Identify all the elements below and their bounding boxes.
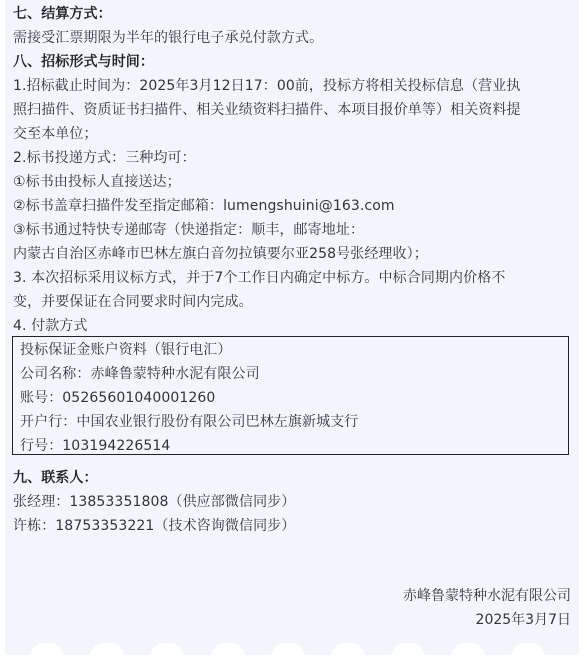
- scallop-edge: [30, 643, 64, 660]
- section9-heading: 九、联系人：: [13, 466, 573, 490]
- signature-date: 2025年3月7日: [403, 608, 571, 632]
- delivery-title: 2.标书投递方式：三种均可：: [13, 146, 573, 170]
- deadline-line-1: 1.招标截止时间为：2025年3月12日17：00前，投标方将相关投标信息（营业…: [13, 74, 573, 98]
- contact-item: 张经理：13853351808（供应部微信同步）: [13, 490, 573, 514]
- scallop-edge: [391, 643, 425, 660]
- scallop-edge: [150, 643, 184, 660]
- deadline-line-2: 照扫描件、资质证书扫描件、相关业绩资料扫描件、本项目报价单等）相关资料提: [13, 98, 573, 122]
- delivery-address: 内蒙古自治区赤峰市巴林左旗白音勿拉镇要尔亚258号张经理收）；: [13, 242, 573, 266]
- scallop-edge: [90, 643, 124, 660]
- delivery-option-1: ①标书由投标人直接送达；: [13, 170, 573, 194]
- bank-code: 行号：103194226514: [20, 434, 568, 458]
- document-body: 七、结算方式： 需接受汇票期限为半年的银行电子承兑付款方式。 八、招标形式与时间…: [13, 2, 573, 338]
- delivery-option-3: ③标书通过特快专递邮寄（快递指定：顺丰，邮寄地址：: [13, 218, 573, 242]
- bidding-method-line-1: 3. 本次招标采用议标方式，并于7个工作日内确定中标方。中标合同期内价格不: [13, 266, 573, 290]
- bank-account-number: 账号：05265601040001260: [20, 386, 568, 410]
- scallop-edge: [271, 643, 305, 660]
- section7-heading: 七、结算方式：: [13, 2, 573, 26]
- contacts-section: 九、联系人： 张经理：13853351808（供应部微信同步） 许栋：18753…: [13, 466, 573, 538]
- delivery-option-2: ②标书盖章扫描件发至指定邮箱：lumengshuini@163.com: [13, 194, 573, 218]
- contact-item: 许栋：18753353221（技术咨询微信同步）: [13, 514, 573, 538]
- scallop-edge: [511, 643, 545, 660]
- scallop-edge: [211, 643, 245, 660]
- section7-text: 需接受汇票期限为半年的银行电子承兑付款方式。: [13, 26, 573, 50]
- signature-company: 赤峰鲁蒙特种水泥有限公司: [403, 584, 571, 608]
- signature-block: 赤峰鲁蒙特种水泥有限公司 2025年3月7日: [403, 584, 571, 632]
- section8-heading: 八、招标形式与时间：: [13, 50, 573, 74]
- delivery-option-2-label: ②标书盖章扫描件发至指定邮箱：: [13, 198, 223, 214]
- bank-info-title: 投标保证金账户资料（银行电汇）: [20, 338, 568, 362]
- bank-info-box: 投标保证金账户资料（银行电汇） 公司名称：赤峰鲁蒙特种水泥有限公司 账号：052…: [12, 336, 569, 455]
- bank-company-name: 公司名称：赤峰鲁蒙特种水泥有限公司: [20, 362, 568, 386]
- scallop-edge: [331, 643, 365, 660]
- email-link[interactable]: lumengshuini@163.com: [223, 198, 395, 214]
- payment-method-title: 4. 付款方式: [13, 314, 573, 338]
- bidding-method-line-2: 变，并要保证在合同要求时间内完成。: [13, 290, 573, 314]
- bank-branch: 开户行：中国农业银行股份有限公司巴林左旗新城支行: [20, 410, 568, 434]
- scallop-edge: [451, 643, 485, 660]
- deadline-line-3: 交至本单位；: [13, 122, 573, 146]
